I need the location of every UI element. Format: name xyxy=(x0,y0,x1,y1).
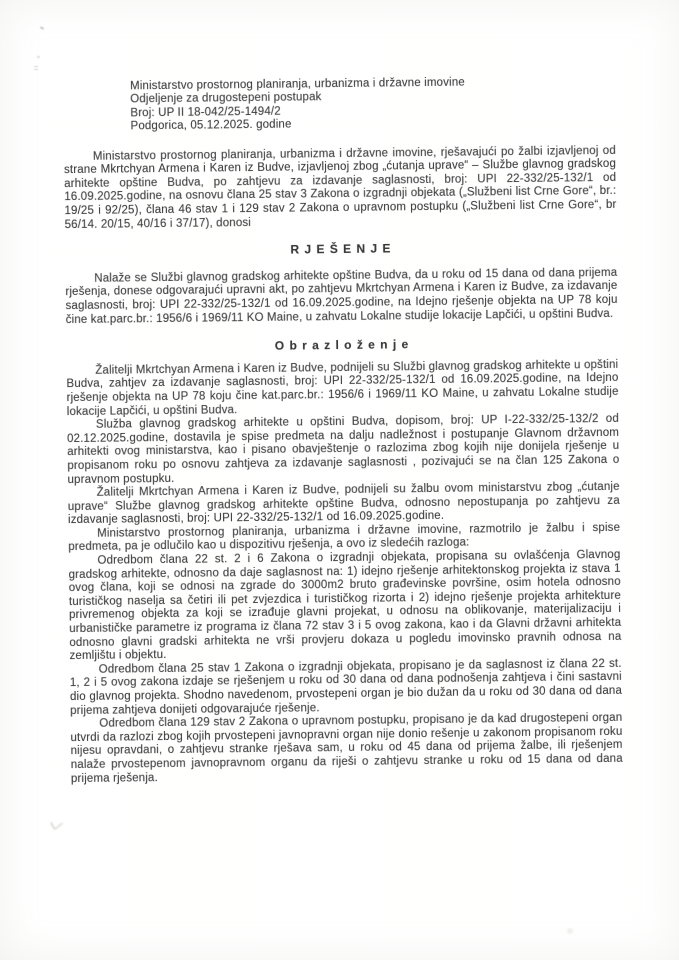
dispositive-paragraph: Nalaže se Službi glavnog gradskog arhite… xyxy=(65,267,618,328)
explanation-paragraph: Odredbom člana 22 st. 2 i 6 Zakona o izg… xyxy=(68,549,621,664)
explanation-paragraph: Odredbom člana 129 stav 2 Zakona o uprav… xyxy=(70,712,623,786)
intro-paragraph: Ministarstvo prostornog planiranja, urba… xyxy=(64,144,617,232)
decision-heading: R J E Š E N J E xyxy=(65,240,617,260)
scan-smudge xyxy=(50,816,63,831)
scan-speck xyxy=(34,66,38,67)
explanation-heading: O b r a z l o ž e n j e xyxy=(66,336,618,356)
scan-smudge xyxy=(567,928,573,934)
scan-speck xyxy=(37,56,40,58)
explanation-paragraph: Odredbom člana 25 stav 1 Zakona o izgrad… xyxy=(70,658,623,719)
document-header: Ministarstvo prostornog planiranja, urba… xyxy=(130,75,616,134)
document-content: Ministarstvo prostornog planiranja, urba… xyxy=(63,75,623,786)
scan-speck xyxy=(40,26,44,30)
explanation-paragraph: Žalitelji Mkrtchyan Armena i Karen iz Bu… xyxy=(66,359,619,420)
scanned-document-page: Ministarstvo prostornog planiranja, urba… xyxy=(0,0,679,960)
explanation-paragraph: Služba glavnog gradskog arhitekte u opšt… xyxy=(67,413,620,487)
explanation-paragraph: Žalitelji Mkrtchyan Armena i Karen iz Bu… xyxy=(68,481,620,528)
